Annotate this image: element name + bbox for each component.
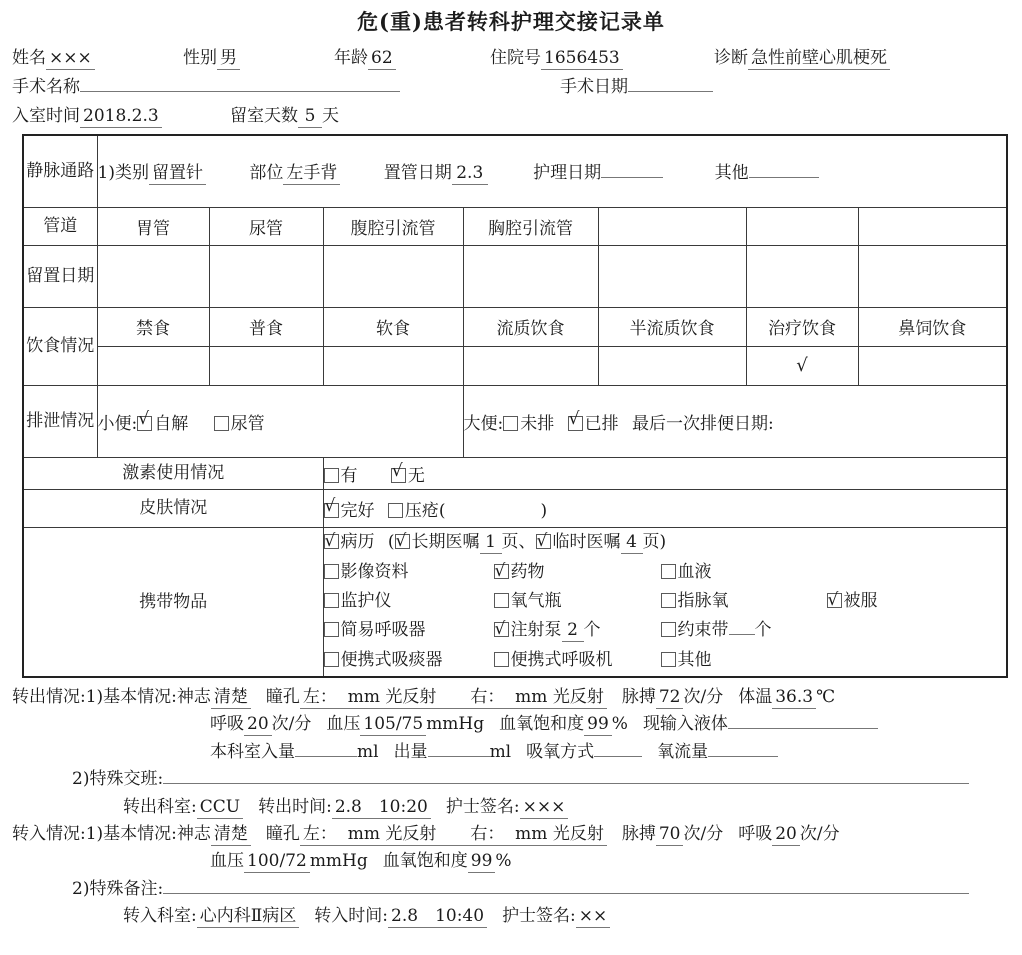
transfer-out-basic-label: 1)基本情况:神志 <box>86 687 211 707</box>
row-label-hormone: 激素使用情况 <box>23 457 323 489</box>
blood-option: 血液 <box>661 558 827 587</box>
carried-items-grid-row-4: 便携式吸痰器 便携式呼吸机 其他 <box>324 646 1007 675</box>
transfer-out-bp-unit: mmHg <box>426 714 484 734</box>
iv-site-label: 部位 <box>249 163 283 183</box>
transfer-out-pulse-label: 脉搏 <box>622 687 656 707</box>
transfer-in-signoff-line: 转入科室:心内科Ⅱ病区转入时间:2.8 10:40护士签名:×× <box>12 903 1010 930</box>
tube-col-4 <box>598 207 746 245</box>
iv-site-value: 左手背 <box>283 162 340 185</box>
patient-age-field: 年龄62 <box>334 44 396 73</box>
transfer-out-nurse-label: 护士签名: <box>446 797 520 817</box>
monitor-option: 监护仪 <box>324 587 494 616</box>
transfer-out-bp-value: 105/75 <box>360 713 426 736</box>
surgery-date-blank <box>628 75 713 92</box>
transfer-out-io-line: 本科室入量ml出量ml吸氧方式氧流量 <box>12 739 1010 766</box>
syringe-pump-label: 注射泵 <box>511 620 562 640</box>
transfer-in-basic-line: 转入情况:1)基本情况:神志清楚瞳孔左： mm 光反射 右： mm 光反射脉搏7… <box>12 821 1010 848</box>
transfer-in-bp-label: 血压 <box>210 851 244 871</box>
pulse-oximeter-option: 指脉氧 <box>661 587 827 616</box>
transfer-in-resp-value: 20 <box>772 823 800 846</box>
iv-type-label: 1)类别 <box>98 163 149 183</box>
transfer-in-spo2-value: 99 <box>468 850 496 873</box>
transfer-in-dept-label: 转入科室: <box>123 906 197 926</box>
monitor-label: 监护仪 <box>341 591 392 611</box>
tube-date-5 <box>746 245 858 307</box>
transfer-out-nurse-signature: ××× <box>520 796 569 819</box>
stool-label: 大便: <box>464 414 504 434</box>
tube-date-3 <box>463 245 598 307</box>
transfer-in-special-label: 2)特殊备注: <box>72 879 163 899</box>
age-label: 年龄 <box>334 48 368 68</box>
tube-date-4 <box>598 245 746 307</box>
entry-time-field: 入室时间2018.2.3 <box>12 102 162 131</box>
sex-value: 男 <box>217 47 240 70</box>
diet-header-row: 饮食情况 禁食 普食 软食 流质饮食 半流质饮食 治疗饮食 鼻饲饮食 <box>23 307 1007 346</box>
diet-check-3 <box>463 346 598 385</box>
name-value: ××× <box>46 47 95 70</box>
manual-resuscitator-option: 简易呼吸器 <box>324 616 494 645</box>
surgery-info-line: 手术名称 手术日期 <box>12 73 1010 102</box>
transfer-out-special-label: 2)特殊交班: <box>72 769 163 789</box>
age-value: 62 <box>368 47 396 70</box>
manual-resuscitator-checkbox[interactable] <box>324 622 339 637</box>
transfer-in-special-line: 2)特殊备注: <box>12 876 1010 903</box>
stay-days-value: 5 <box>298 105 322 128</box>
urine-catheter-label: 尿管 <box>231 414 265 434</box>
portable-ventilator-option: 便携式呼吸机 <box>494 646 661 675</box>
transfer-out-vitals-line: 呼吸20次/分血压105/75mmHg血氧饱和度99%现输入液体 <box>12 711 1010 738</box>
transfer-in-dept-value: 心内科Ⅱ病区 <box>197 905 300 928</box>
portable-ventilator-checkbox[interactable] <box>494 652 509 667</box>
admission-no-value: 1656453 <box>541 47 623 70</box>
stool-done-option: 已排 <box>568 414 619 434</box>
transfer-out-dept-value: CCU <box>197 796 243 819</box>
iv-type-field: 1)类别留置针 <box>98 163 206 183</box>
name-label: 姓名 <box>12 48 46 68</box>
surgery-date-field: 手术日期 <box>560 73 713 102</box>
iv-care-date-blank <box>601 161 663 178</box>
long-orders-suffix: 页、 <box>502 532 536 552</box>
iv-access-content: 1)类别留置针 部位左手背 置管日期2.3 护理日期 其他 <box>97 135 1007 207</box>
bedding-option: 被服 <box>827 587 1007 616</box>
stay-days-label: 留室天数 <box>230 106 298 126</box>
other-items-label: 其他 <box>678 650 712 670</box>
transfer-in-special-blank <box>163 877 969 894</box>
tube-col-0: 胃管 <box>97 207 209 245</box>
row-label-iv-access: 静脉通路 <box>23 135 97 207</box>
iv-care-date-label: 护理日期 <box>533 163 601 183</box>
transfer-out-spo2-label: 血氧饱和度 <box>499 714 584 734</box>
iv-other-label: 其他 <box>715 163 749 183</box>
long-orders-checkbox[interactable] <box>395 534 410 549</box>
transfer-out-temp-unit: ℃ <box>816 687 835 707</box>
stay-days-field: 留室天数5天 <box>230 102 339 131</box>
hormone-yes-checkbox[interactable] <box>324 468 339 483</box>
transfer-in-nurse-label: 护士签名: <box>502 906 576 926</box>
transfer-in-vitals-line: 血压100/72mmHg血氧饱和度99% <box>12 848 1010 875</box>
patient-info-line: 姓名××× 性别男 年龄62 住院号1656453 诊断急性前壁心肌梗死 <box>12 44 1010 73</box>
diet-check-5-therapeutic: √ <box>746 346 858 385</box>
syringe-pump-checkbox[interactable] <box>494 622 509 637</box>
skin-sore-label: 压疮( <box>405 501 446 521</box>
urine-catheter-option: 尿管 <box>214 414 265 434</box>
transfer-out-fluid-blank <box>728 712 878 729</box>
records-paren-open: ( <box>388 532 395 552</box>
oxygen-tank-option: 氧气瓶 <box>494 587 661 616</box>
diet-col-1: 普食 <box>209 307 323 346</box>
stool-none-checkbox[interactable] <box>503 416 518 431</box>
syringe-pump-count: 2 <box>562 619 584 642</box>
transfer-out-intake-label: 本科室入量 <box>210 742 295 762</box>
restraint-unit: 个 <box>755 620 772 640</box>
hormone-no-option: 无 <box>391 466 425 486</box>
pulse-oximeter-checkbox[interactable] <box>661 593 676 608</box>
hormone-no-checkbox[interactable] <box>391 468 406 483</box>
row-label-skin: 皮肤情况 <box>23 489 323 527</box>
oxygen-tank-label: 氧气瓶 <box>511 591 562 611</box>
temp-orders-label: 临时医嘱 <box>553 532 621 552</box>
surgery-date-label: 手术日期 <box>560 77 628 97</box>
iv-cath-date-field: 置管日期2.3 <box>384 163 488 183</box>
transfer-in-resp-unit: 次/分 <box>800 824 840 844</box>
transfer-out-output-unit: ml <box>490 742 512 762</box>
long-orders-option: 长期医嘱 <box>395 532 480 552</box>
records-option: 病历 <box>324 532 375 552</box>
urine-catheter-checkbox[interactable] <box>214 416 229 431</box>
skin-intact-option: 完好 <box>324 501 375 521</box>
diagnosis-field: 诊断急性前壁心肌梗死 <box>714 44 890 73</box>
urine-label: 小便: <box>98 414 138 434</box>
carried-items-grid-row-1: 影像资料 药物 血液 <box>324 558 1007 587</box>
transfer-out-special-blank <box>163 767 969 784</box>
carried-items-content: 病历 (长期医嘱1页、临时医嘱4页) 影像资料 药物 血液 监护仪 氧气瓶 指脉… <box>323 527 1007 677</box>
portable-suction-label: 便携式吸痰器 <box>341 650 443 670</box>
diet-col-4: 半流质饮食 <box>598 307 746 346</box>
skin-intact-label: 完好 <box>341 501 375 521</box>
transfer-out-fluid-label: 现输入液体 <box>643 714 728 734</box>
transfer-in-spo2-unit: % <box>495 851 511 871</box>
imaging-checkbox[interactable] <box>324 564 339 579</box>
transfer-out-spo2-value: 99 <box>584 713 612 736</box>
transfer-in-spo2-label: 血氧饱和度 <box>383 851 468 871</box>
diet-col-3: 流质饮食 <box>463 307 598 346</box>
skin-sore-checkbox[interactable] <box>388 503 403 518</box>
other-items-option: 其他 <box>661 646 827 675</box>
hormone-yes-option: 有 <box>324 466 358 486</box>
medication-checkbox[interactable] <box>494 564 509 579</box>
stay-days-unit: 天 <box>322 106 339 126</box>
tube-col-5 <box>746 207 858 245</box>
transfer-out-oxygen-mode-blank <box>594 740 642 757</box>
stool-none-label: 未排 <box>520 414 554 434</box>
transfer-out-output-label: 出量 <box>394 742 428 762</box>
tube-date-0 <box>97 245 209 307</box>
hormone-no-label: 无 <box>408 466 425 486</box>
transfer-out-bp-label: 血压 <box>326 714 360 734</box>
restraint-count-blank <box>729 618 755 635</box>
surgery-name-blank <box>80 75 400 92</box>
row-label-excretion: 排泄情况 <box>23 385 97 457</box>
excretion-row: 排泄情况 小便:自解 尿管 大便:未排 已排 最后一次排便日期: <box>23 385 1007 457</box>
patient-sex-field: 性别男 <box>183 44 240 73</box>
iv-other-field: 其他 <box>715 163 819 183</box>
diagnosis-value: 急性前壁心肌梗死 <box>748 47 890 70</box>
iv-cath-date-value: 2.3 <box>452 162 488 185</box>
transfer-out-resp-value: 20 <box>244 713 272 736</box>
transfer-in-time-label: 转入时间: <box>314 906 388 926</box>
medication-label: 药物 <box>511 562 545 582</box>
skin-sore-close-paren: ) <box>541 501 548 521</box>
diet-col-0: 禁食 <box>97 307 209 346</box>
transfer-in-pulse-unit: 次/分 <box>683 824 723 844</box>
diet-check-0 <box>97 346 209 385</box>
transfer-in-consciousness: 清楚 <box>211 823 251 846</box>
transfer-in-pulse-value: 70 <box>656 823 684 846</box>
tube-date-6 <box>858 245 1007 307</box>
row-label-carried-items: 携带物品 <box>23 527 323 677</box>
entry-time-label: 入室时间 <box>12 106 80 126</box>
hormone-content: 有 无 <box>323 457 1007 489</box>
stool-done-checkbox[interactable] <box>568 416 583 431</box>
carried-items-grid-row-3: 简易呼吸器 注射泵2个 约束带个 <box>324 616 1007 645</box>
transfer-out-time-value: 2.8 10:20 <box>332 796 431 819</box>
urine-cell: 小便:自解 尿管 <box>97 385 463 457</box>
admission-no-field: 住院号1656453 <box>490 44 623 73</box>
transfer-in-pupil-label: 瞳孔 <box>266 824 300 844</box>
tube-col-6 <box>858 207 1007 245</box>
restraint-option: 约束带个 <box>661 616 827 645</box>
stool-cell: 大便:未排 已排 最后一次排便日期: <box>463 385 1007 457</box>
transfer-out-basic-line: 转出情况:1)基本情况:神志清楚瞳孔左： mm 光反射 右： mm 光反射脉搏7… <box>12 684 1010 711</box>
transfer-in-section: 转入情况:1)基本情况:神志清楚瞳孔左： mm 光反射 右： mm 光反射脉搏7… <box>12 821 1010 931</box>
row-label-tube-dates: 留置日期 <box>23 245 97 307</box>
skin-sore-option: 压疮( <box>388 501 446 521</box>
transfer-out-section-label: 转出情况: <box>12 687 86 707</box>
skin-intact-checkbox[interactable] <box>324 503 339 518</box>
transfer-out-temp-value: 36.3 <box>772 686 816 709</box>
urine-self-option: 自解 <box>137 414 188 434</box>
diet-check-2 <box>323 346 463 385</box>
transfer-out-consciousness: 清楚 <box>211 686 251 709</box>
admission-no-label: 住院号 <box>490 48 541 68</box>
transfer-out-oxygen-flow-blank <box>708 740 778 757</box>
manual-resuscitator-label: 简易呼吸器 <box>341 620 426 640</box>
tube-col-3: 胸腔引流管 <box>463 207 598 245</box>
urine-self-checkbox[interactable] <box>137 416 152 431</box>
tube-date-1 <box>209 245 323 307</box>
carried-items-row: 携带物品 病历 (长期医嘱1页、临时医嘱4页) 影像资料 药物 血液 监护仪 氧… <box>23 527 1007 677</box>
oxygen-tank-checkbox[interactable] <box>494 593 509 608</box>
last-stool-date-label: 最后一次排便日期: <box>632 414 774 434</box>
transfer-in-time-value: 2.8 10:40 <box>388 905 487 928</box>
hormone-row: 激素使用情况 有 无 <box>23 457 1007 489</box>
monitor-checkbox[interactable] <box>324 593 339 608</box>
transfer-out-intake-blank <box>295 740 357 757</box>
transfer-out-output-blank <box>428 740 490 757</box>
other-items-checkbox[interactable] <box>661 652 676 667</box>
transfer-out-oxygen-flow-label: 氧流量 <box>657 742 708 762</box>
blood-label: 血液 <box>678 562 712 582</box>
temp-orders-checkbox[interactable] <box>536 534 551 549</box>
tube-col-1: 尿管 <box>209 207 323 245</box>
tube-dates-row: 留置日期 <box>23 245 1007 307</box>
long-orders-label: 长期医嘱 <box>412 532 480 552</box>
transfer-out-pupil-label: 瞳孔 <box>266 687 300 707</box>
carried-items-grid-row-2: 监护仪 氧气瓶 指脉氧 被服 <box>324 587 1007 616</box>
records-label: 病历 <box>341 532 375 552</box>
row-label-tubes: 管道 <box>23 207 97 245</box>
transfer-in-pupil-value: 左： mm 光反射 右： mm 光反射 <box>300 823 607 846</box>
transfer-out-special-line: 2)特殊交班: <box>12 766 1010 793</box>
transfer-out-resp-unit: 次/分 <box>272 714 312 734</box>
sex-label: 性别 <box>183 48 217 68</box>
stool-none-option: 未排 <box>503 414 554 434</box>
surgery-name-field: 手术名称 <box>12 73 400 102</box>
transfer-out-signoff-line: 转出科室:CCU转出时间:2.8 10:20护士签名:××× <box>12 794 1010 821</box>
restraint-checkbox[interactable] <box>661 622 676 637</box>
syringe-pump-unit: 个 <box>584 620 601 640</box>
transfer-out-resp-label: 呼吸 <box>210 714 244 734</box>
transfer-in-basic-label: 1)基本情况:神志 <box>86 824 211 844</box>
portable-ventilator-label: 便携式呼吸机 <box>511 650 613 670</box>
row-label-diet: 饮食情况 <box>23 307 97 385</box>
diet-col-6: 鼻饲饮食 <box>858 307 1007 346</box>
entry-info-line: 入室时间2018.2.3 留室天数5天 <box>12 102 1010 131</box>
entry-time-value: 2018.2.3 <box>80 105 162 128</box>
transfer-in-section-label: 转入情况: <box>12 824 86 844</box>
iv-care-date-field: 护理日期 <box>533 163 663 183</box>
diet-check-6 <box>858 346 1007 385</box>
transfer-out-spo2-unit: % <box>612 714 628 734</box>
skin-row: 皮肤情况 完好 压疮() <box>23 489 1007 527</box>
transfer-out-pulse-value: 72 <box>656 686 684 709</box>
patient-name-field: 姓名××× <box>12 44 95 73</box>
temp-orders-pages: 4 <box>621 531 643 554</box>
syringe-pump-option: 注射泵2个 <box>494 616 661 645</box>
pulse-oximeter-label: 指脉氧 <box>678 591 729 611</box>
transfer-in-bp-value: 100/72 <box>244 850 310 873</box>
medication-option: 药物 <box>494 558 661 587</box>
temp-orders-suffix: 页) <box>643 532 667 552</box>
records-checkbox[interactable] <box>324 534 339 549</box>
diet-check-1 <box>209 346 323 385</box>
transfer-in-nurse-signature: ×× <box>576 905 611 928</box>
transfer-out-temp-label: 体温 <box>738 687 772 707</box>
tube-date-2 <box>323 245 463 307</box>
urine-self-label: 自解 <box>154 414 188 434</box>
handover-form-table: 静脉通路 1)类别留置针 部位左手背 置管日期2.3 护理日期 其他 管道 胃管… <box>22 134 1008 678</box>
iv-site-field: 部位左手背 <box>249 163 340 183</box>
iv-other-blank <box>749 161 819 178</box>
iv-cath-date-label: 置管日期 <box>384 163 452 183</box>
carried-items-line-records: 病历 (长期医嘱1页、临时医嘱4页) <box>324 528 1007 557</box>
page-title: 危(重)患者转科护理交接记录单 <box>12 8 1010 36</box>
diet-col-5: 治疗饮食 <box>746 307 858 346</box>
blood-checkbox[interactable] <box>661 564 676 579</box>
stool-done-label: 已排 <box>585 414 619 434</box>
long-orders-pages: 1 <box>480 531 502 554</box>
restraint-label: 约束带 <box>678 620 729 640</box>
transfer-out-oxygen-mode-label: 吸氧方式 <box>526 742 594 762</box>
tube-col-2: 腹腔引流管 <box>323 207 463 245</box>
skin-content: 完好 压疮() <box>323 489 1007 527</box>
imaging-label: 影像资料 <box>341 562 409 582</box>
transfer-in-bp-unit: mmHg <box>310 851 368 871</box>
imaging-option: 影像资料 <box>324 558 494 587</box>
transfer-out-dept-label: 转出科室: <box>123 797 197 817</box>
diet-check-4 <box>598 346 746 385</box>
portable-suction-option: 便携式吸痰器 <box>324 646 494 675</box>
transfer-in-resp-label: 呼吸 <box>738 824 772 844</box>
iv-type-value: 留置针 <box>149 162 206 185</box>
transfer-out-pulse-unit: 次/分 <box>683 687 723 707</box>
bedding-label: 被服 <box>844 591 878 611</box>
bedding-checkbox[interactable] <box>827 593 842 608</box>
diagnosis-label: 诊断 <box>714 48 748 68</box>
transfer-out-intake-unit: ml <box>357 742 379 762</box>
transfer-out-pupil-value: 左： mm 光反射 右： mm 光反射 <box>300 686 607 709</box>
hormone-yes-label: 有 <box>341 466 358 486</box>
temp-orders-option: 临时医嘱 <box>536 532 621 552</box>
transfer-out-time-label: 转出时间: <box>258 797 332 817</box>
tubes-row: 管道 胃管 尿管 腹腔引流管 胸腔引流管 <box>23 207 1007 245</box>
transfer-out-section: 转出情况:1)基本情况:神志清楚瞳孔左： mm 光反射 右： mm 光反射脉搏7… <box>12 684 1010 821</box>
iv-access-row: 静脉通路 1)类别留置针 部位左手背 置管日期2.3 护理日期 其他 <box>23 135 1007 207</box>
diet-col-2: 软食 <box>323 307 463 346</box>
transfer-in-pulse-label: 脉搏 <box>622 824 656 844</box>
portable-suction-checkbox[interactable] <box>324 652 339 667</box>
transfer-record-document: 危(重)患者转科护理交接记录单 姓名××× 性别男 年龄62 住院号165645… <box>0 0 1022 955</box>
surgery-name-label: 手术名称 <box>12 77 80 97</box>
diet-check-row: √ <box>23 346 1007 385</box>
